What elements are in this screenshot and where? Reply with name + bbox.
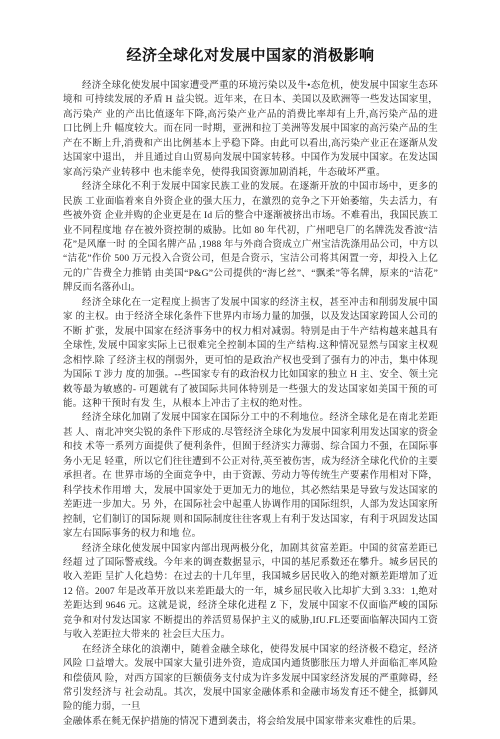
paragraph: 金融体系在毵无保护措施的情况下遭到袭击，将会给发展中国家带来灾难性的后果。 <box>63 715 438 729</box>
paragraph: 经济全球化使发展中国家遭受严重的环境污染以及牛•态危机，使发展中国家生态环境和 … <box>63 79 438 180</box>
paragraph: 经济全球化加剧了发展中国家在国际分工中的不利地位。经济全球化是在南北差距甚 人、… <box>63 411 438 541</box>
document-body: 经济全球化使发展中国家遭受严重的环境污染以及牛•态危机，使发展中国家生态环境和 … <box>63 79 438 729</box>
paragraph: 在经济全球化的浪潮中，随着金融全球化，使得发展中国家的经济极不稳定，经济风险 口… <box>63 643 438 715</box>
paragraph: 经济全球化不利于发展中国家民族工业的发展。在逐渐开放的中国市场中，更多的民族 工… <box>63 180 438 296</box>
document-page: 经济全球化对发展中国家的消极影响 经济全球化使发展中国家遭受严重的环境污染以及牛… <box>0 0 500 739</box>
paragraph: 经济全球化使发展中国家内部出现两极分化，加剧其贫富差距。中国的贫富差距已经超 过… <box>63 542 438 643</box>
paragraph: 经济全球化在一定程度上损害了发展中国家的经济主权，甚至冲击和削弱发展中国家 的主… <box>63 296 438 412</box>
document-title: 经济全球化对发展中国家的消极影响 <box>63 44 438 65</box>
